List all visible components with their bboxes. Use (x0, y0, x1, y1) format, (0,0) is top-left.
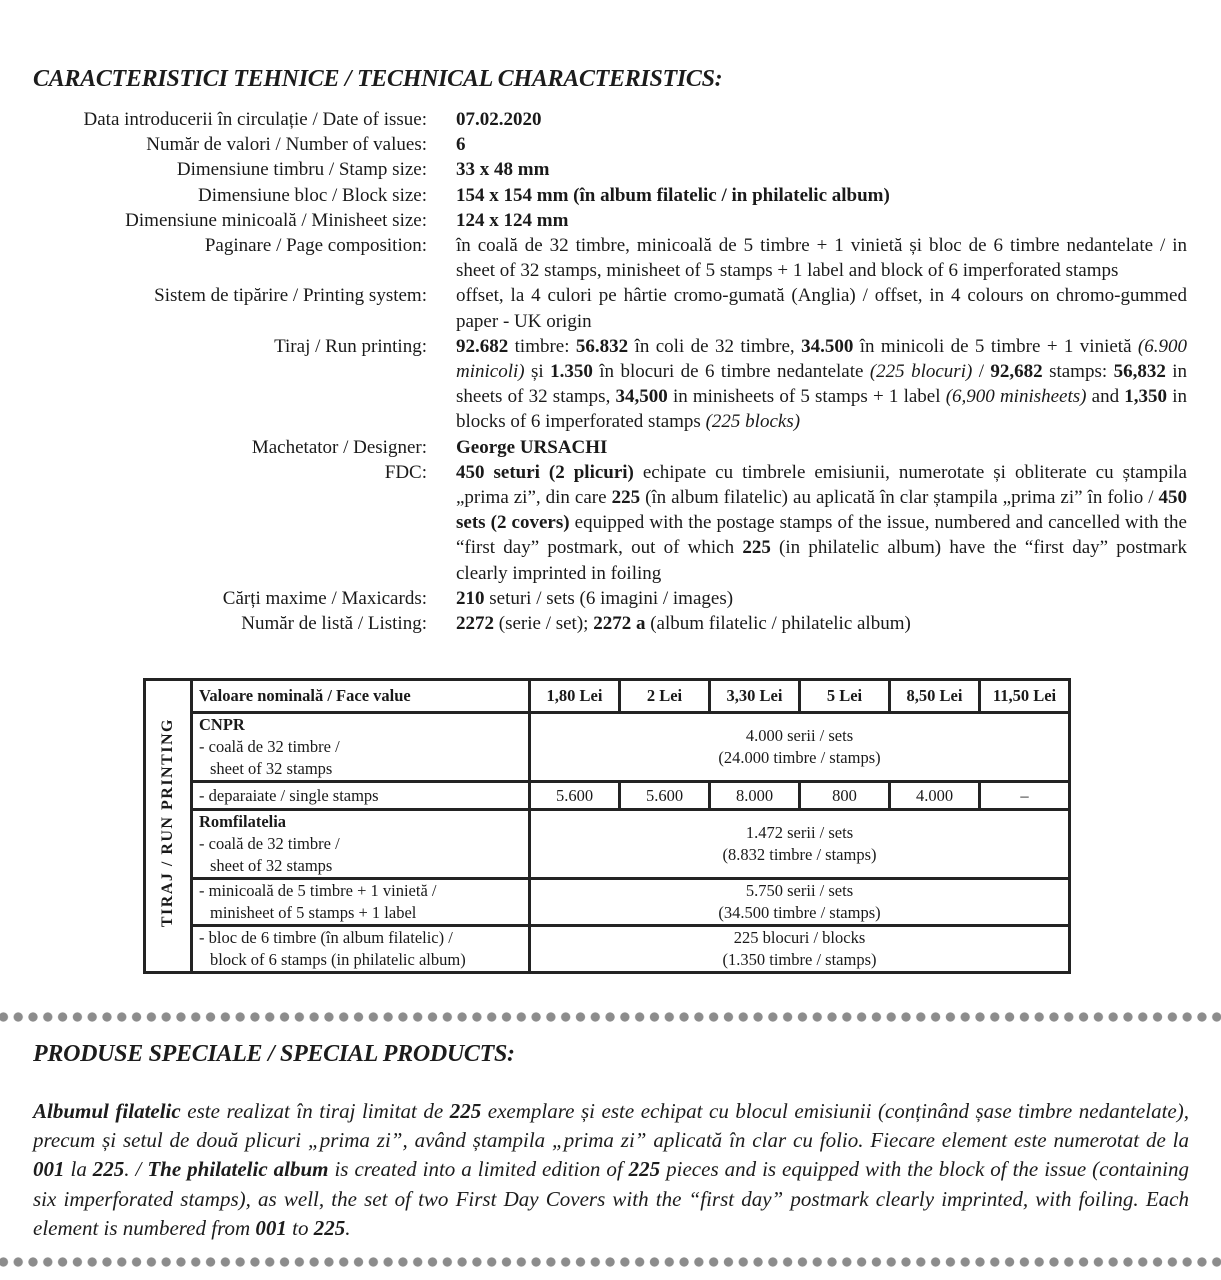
text-segment: 225 (742, 537, 771, 558)
spec-label: Număr de listă / Listing: (0, 611, 427, 636)
technical-specs-list: Data introducerii în circulație / Date o… (0, 107, 1221, 636)
spec-value: 210 seturi / sets (6 imagini / images) (456, 586, 1187, 611)
text-segment: 001 (255, 1216, 287, 1240)
cnpr-title: CNPR (199, 714, 522, 736)
face-value: 1,80 Lei (530, 680, 620, 713)
spec-row: Dimensiune minicoală / Minisheet size:12… (0, 208, 1221, 233)
spec-label: Data introducerii în circulație / Date o… (0, 107, 427, 132)
spec-value: 33 x 48 mm (456, 157, 1187, 182)
table-row: - minicoală de 5 timbre + 1 vinietă / mi… (145, 879, 1070, 926)
spec-row: Număr de listă / Listing:2272 (serie / s… (0, 611, 1221, 636)
single-count: 800 (800, 782, 890, 810)
spec-row: FDC:450 seturi (2 plicuri) echipate cu t… (0, 460, 1221, 586)
text-segment: George URSACHI (456, 437, 607, 458)
table-row: - bloc de 6 timbre (în album filatelic) … (145, 926, 1070, 973)
face-value: 2 Lei (620, 680, 710, 713)
text-segment: 1,350 (1124, 386, 1167, 407)
spec-label: Sistem de tipărire / Printing system: (0, 283, 427, 333)
spec-label: FDC: (0, 460, 427, 586)
run-printing-table: TIRAJ / RUN PRINTING Valoare nominală / … (143, 678, 1071, 974)
text-segment: timbre: (508, 336, 576, 357)
romfilatelia-title: Romfilatelia (199, 811, 522, 833)
spec-value: 154 x 154 mm (în album filatelic / in ph… (456, 183, 1187, 208)
text-segment: 92.682 (456, 336, 508, 357)
rom-block-label: - bloc de 6 timbre (în album filatelic) … (192, 926, 530, 973)
text-segment: 225 (93, 1157, 125, 1181)
text-segment: 56.832 (576, 336, 628, 357)
text-segment: 124 x 124 mm (456, 210, 568, 231)
text-segment: 2272 (456, 613, 494, 634)
text-segment: in minisheets of 5 stamps + 1 label (668, 386, 946, 407)
row-label-line: block of 6 stamps (in philatelic album) (199, 949, 522, 971)
text-segment: 225 (450, 1099, 482, 1123)
spec-label: Machetator / Designer: (0, 435, 427, 460)
text-segment: în blocuri de 6 timbre nedantelate (593, 361, 870, 382)
text-segment: (serie / set); (494, 613, 593, 634)
table-row: Romfilatelia - coală de 32 timbre / shee… (145, 810, 1070, 879)
spec-value: 450 seturi (2 plicuri) echipate cu timbr… (456, 460, 1187, 586)
spec-value: 124 x 124 mm (456, 208, 1187, 233)
row-label-line: minisheet of 5 stamps + 1 label (199, 902, 522, 924)
face-value: 5 Lei (800, 680, 890, 713)
text-segment: 225 (612, 487, 641, 508)
text-segment: (225 blocuri) (870, 361, 972, 382)
dotted-divider (0, 1011, 1221, 1023)
text-segment: Albumul filatelic (33, 1099, 181, 1123)
text-segment: and (1086, 386, 1124, 407)
text-segment: 225 (629, 1157, 661, 1181)
text-segment: (în album filatelic) au aplicată în clar… (640, 487, 1158, 508)
text-segment: 33 x 48 mm (456, 159, 549, 180)
dotted-divider (0, 1256, 1221, 1268)
row-label-line: sheet of 32 stamps (199, 758, 522, 780)
technical-characteristics-heading: CARACTERISTICI TEHNICE / TECHNICAL CHARA… (33, 66, 722, 93)
single-count: 5.600 (620, 782, 710, 810)
row-label-line: - minicoală de 5 timbre + 1 vinietă / (199, 880, 522, 902)
spec-label: Paginare / Page composition: (0, 233, 427, 283)
special-products-heading: PRODUSE SPECIALE / SPECIAL PRODUCTS: (33, 1041, 515, 1068)
text-segment: seturi / sets (6 imagini / images) (485, 588, 734, 609)
spec-row: Tiraj / Run printing:92.682 timbre: 56.8… (0, 334, 1221, 435)
text-segment: și (525, 361, 551, 382)
text-segment: la (65, 1157, 93, 1181)
rom-minisheet-value: 5.750 serii / sets (34.500 timbre / stam… (530, 879, 1070, 926)
value-line: 225 blocuri / blocks (537, 927, 1062, 949)
text-segment: 6 (456, 134, 466, 155)
special-products-paragraph: Albumul filatelic este realizat în tiraj… (33, 1097, 1189, 1243)
face-value-header: Valoare nominală / Face value (192, 680, 530, 713)
cnpr-sheet-value: 4.000 serii / sets (24.000 timbre / stam… (530, 713, 1070, 782)
text-segment: The philatelic album (147, 1157, 328, 1181)
spec-row: Data introducerii în circulație / Date o… (0, 107, 1221, 132)
spec-label: Dimensiune timbru / Stamp size: (0, 157, 427, 182)
spec-row: Paginare / Page composition:în coală de … (0, 233, 1221, 283)
text-segment: (6,900 minisheets) (946, 386, 1087, 407)
text-segment: 07.02.2020 (456, 109, 542, 130)
spec-value: George URSACHI (456, 435, 1187, 460)
text-segment: 225 (314, 1216, 346, 1240)
spec-value: 92.682 timbre: 56.832 în coli de 32 timb… (456, 334, 1187, 435)
text-segment: . / (124, 1157, 147, 1181)
spec-row: Număr de valori / Number of values:6 (0, 132, 1221, 157)
text-segment: 210 (456, 588, 485, 609)
text-segment: 56,832 (1114, 361, 1166, 382)
rom-sheet-value: 1.472 serii / sets (8.832 timbre / stamp… (530, 810, 1070, 879)
spec-value: 2272 (serie / set); 2272 a (album filate… (456, 611, 1187, 636)
text-segment: 1.350 (550, 361, 593, 382)
face-value: 11,50 Lei (980, 680, 1070, 713)
side-label: TIRAJ / RUN PRINTING (157, 718, 179, 927)
single-count: 4.000 (890, 782, 980, 810)
row-label-line: - coală de 32 timbre / (199, 736, 522, 758)
single-count: 8.000 (710, 782, 800, 810)
text-segment: 34,500 (616, 386, 668, 407)
single-count: 5.600 (530, 782, 620, 810)
text-segment: este realizat în tiraj limitat de (181, 1099, 450, 1123)
text-segment: stamps: (1043, 361, 1114, 382)
value-line: (34.500 timbre / stamps) (537, 902, 1062, 924)
text-segment: / (972, 361, 990, 382)
spec-value: în coală de 32 timbre, minicoală de 5 ti… (456, 233, 1187, 283)
text-segment: în coli de 32 timbre, (628, 336, 801, 357)
text-segment: 2272 a (593, 613, 645, 634)
spec-row: Dimensiune timbru / Stamp size:33 x 48 m… (0, 157, 1221, 182)
row-label-line: - bloc de 6 timbre (în album filatelic) … (199, 927, 522, 949)
text-segment: to (287, 1216, 314, 1240)
row-label-line: sheet of 32 stamps (199, 855, 522, 877)
spec-value: 07.02.2020 (456, 107, 1187, 132)
spec-label: Tiraj / Run printing: (0, 334, 427, 435)
rom-block-value: 225 blocuri / blocks (1.350 timbre / sta… (530, 926, 1070, 973)
text-segment: . (345, 1216, 350, 1240)
rom-sheet-label: Romfilatelia - coală de 32 timbre / shee… (192, 810, 530, 879)
text-segment: (album filatelic / philatelic album) (645, 613, 910, 634)
table-header-row: TIRAJ / RUN PRINTING Valoare nominală / … (145, 680, 1070, 713)
text-segment: 34.500 (801, 336, 853, 357)
value-line: 5.750 serii / sets (537, 880, 1062, 902)
text-segment: în coală de 32 timbre, minicoală de 5 ti… (456, 235, 1187, 281)
value-line: 1.472 serii / sets (537, 822, 1062, 844)
face-value: 3,30 Lei (710, 680, 800, 713)
value-line: (1.350 timbre / stamps) (537, 949, 1062, 971)
side-label-cell: TIRAJ / RUN PRINTING (145, 680, 192, 973)
spec-label: Cărți maxime / Maxicards: (0, 586, 427, 611)
spec-row: Machetator / Designer:George URSACHI (0, 435, 1221, 460)
cnpr-single-label: - deparaiate / single stamps (192, 782, 530, 810)
rom-minisheet-label: - minicoală de 5 timbre + 1 vinietă / mi… (192, 879, 530, 926)
text-segment: 450 seturi (2 plicuri) (456, 462, 634, 483)
spec-row: Cărți maxime / Maxicards:210 seturi / se… (0, 586, 1221, 611)
text-segment: 154 x 154 mm (în album filatelic / in ph… (456, 185, 890, 206)
text-segment: offset, la 4 culori pe hârtie cromo-guma… (456, 285, 1187, 331)
text-segment: (225 blocks) (706, 411, 800, 432)
value-line: 4.000 serii / sets (537, 725, 1062, 747)
cnpr-sheet-label: CNPR - coală de 32 timbre / sheet of 32 … (192, 713, 530, 782)
spec-value: 6 (456, 132, 1187, 157)
spec-row: Sistem de tipărire / Printing system:off… (0, 283, 1221, 333)
text-segment: 92,682 (990, 361, 1042, 382)
face-value: 8,50 Lei (890, 680, 980, 713)
value-line: (8.832 timbre / stamps) (537, 844, 1062, 866)
text-segment: în minicoli de 5 timbre + 1 vinietă (853, 336, 1138, 357)
table-row: - deparaiate / single stamps 5.600 5.600… (145, 782, 1070, 810)
text-segment: is created into a limited edition of (328, 1157, 628, 1181)
value-line: (24.000 timbre / stamps) (537, 747, 1062, 769)
spec-label: Dimensiune bloc / Block size: (0, 183, 427, 208)
spec-row: Dimensiune bloc / Block size:154 x 154 m… (0, 183, 1221, 208)
spec-value: offset, la 4 culori pe hârtie cromo-guma… (456, 283, 1187, 333)
row-label-line: - coală de 32 timbre / (199, 833, 522, 855)
table-row: CNPR - coală de 32 timbre / sheet of 32 … (145, 713, 1070, 782)
spec-label: Dimensiune minicoală / Minisheet size: (0, 208, 427, 233)
text-segment: 001 (33, 1157, 65, 1181)
spec-label: Număr de valori / Number of values: (0, 132, 427, 157)
single-count: – (980, 782, 1070, 810)
